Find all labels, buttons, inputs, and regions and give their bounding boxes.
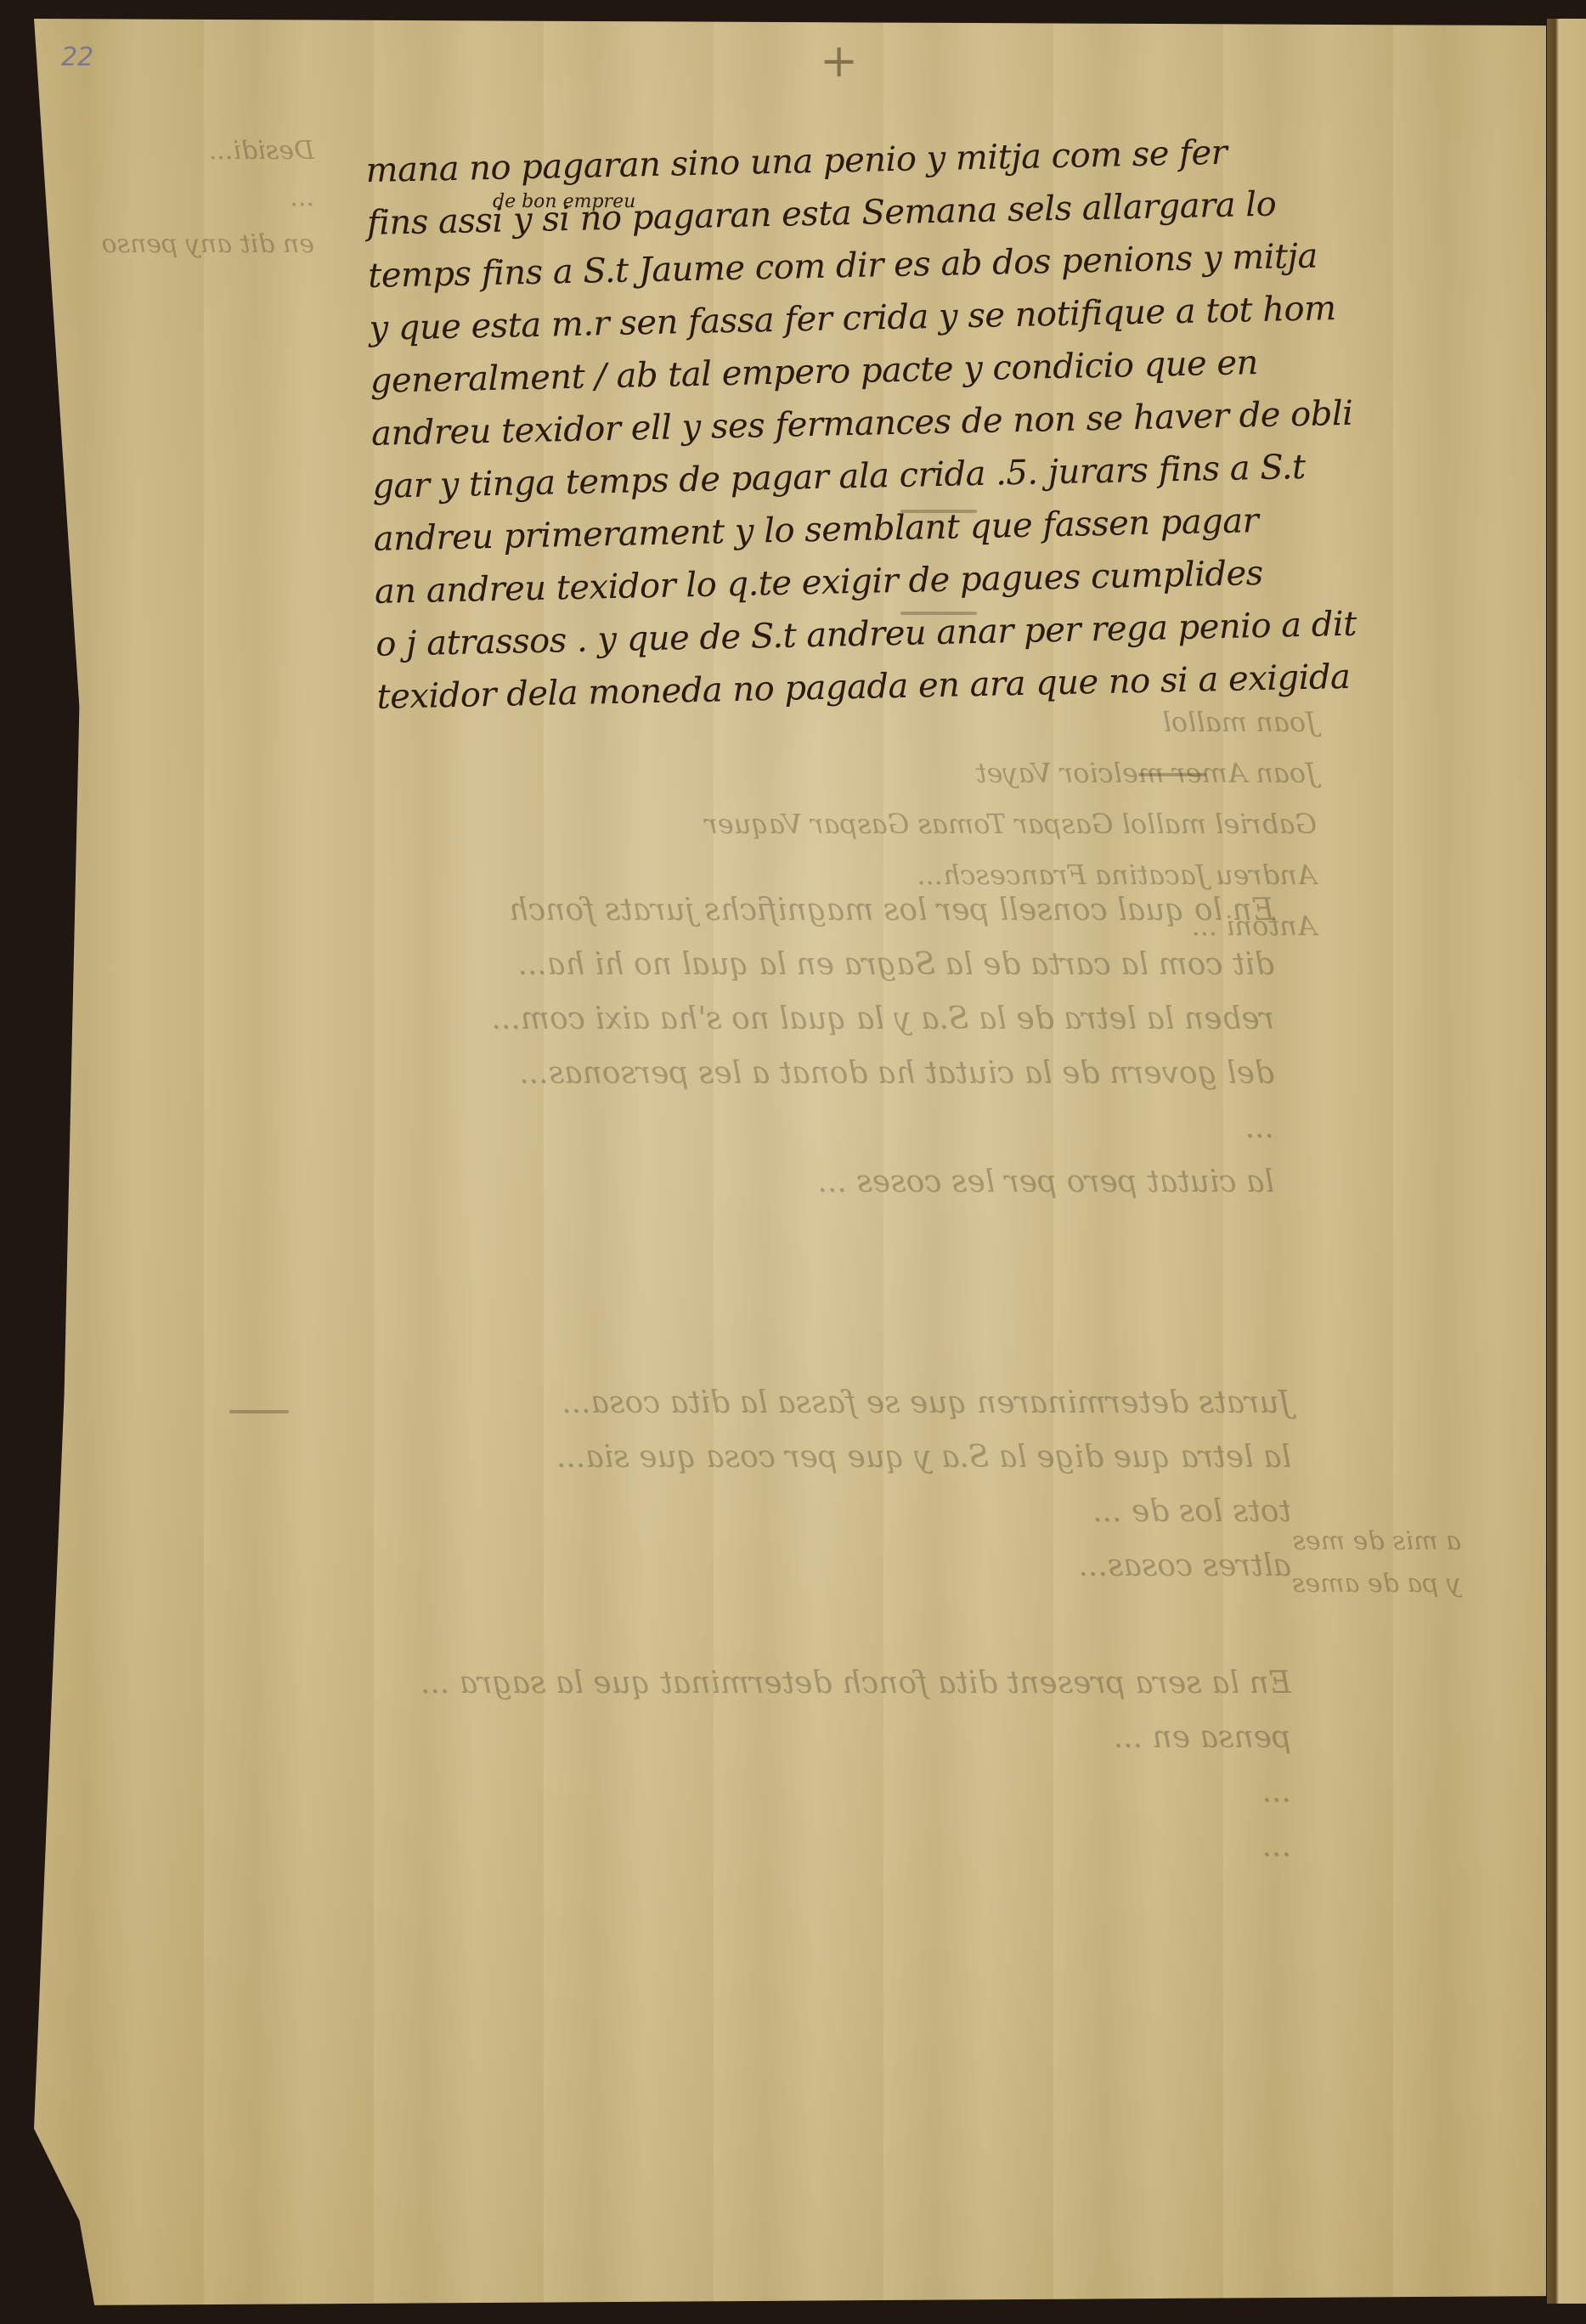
bleed-rule <box>1138 773 1206 776</box>
bleed-through-paragraph-2: Jurats determinaren que se fassa la dita… <box>187 1376 1291 1594</box>
binding-edge <box>1547 19 1586 2304</box>
bleed-through-paragraph-1: En lo qual consell per los magnifichs ju… <box>170 883 1274 1210</box>
main-text-block: mana no pagaran sino una penio y mitja c… <box>365 121 1473 724</box>
bleed-through-paragraph-3: En la sera present dita fonch determinat… <box>187 1656 1291 1874</box>
bleed-through-top-margin: Desidi... ... en dit any penso <box>34 127 314 268</box>
folio-number: 22 <box>61 42 93 72</box>
bleed-rule <box>229 1410 289 1413</box>
cross-mark-icon: + <box>820 34 858 87</box>
bleed-through-margin-note: a mis de mes y pa de ames <box>1240 1520 1461 1605</box>
